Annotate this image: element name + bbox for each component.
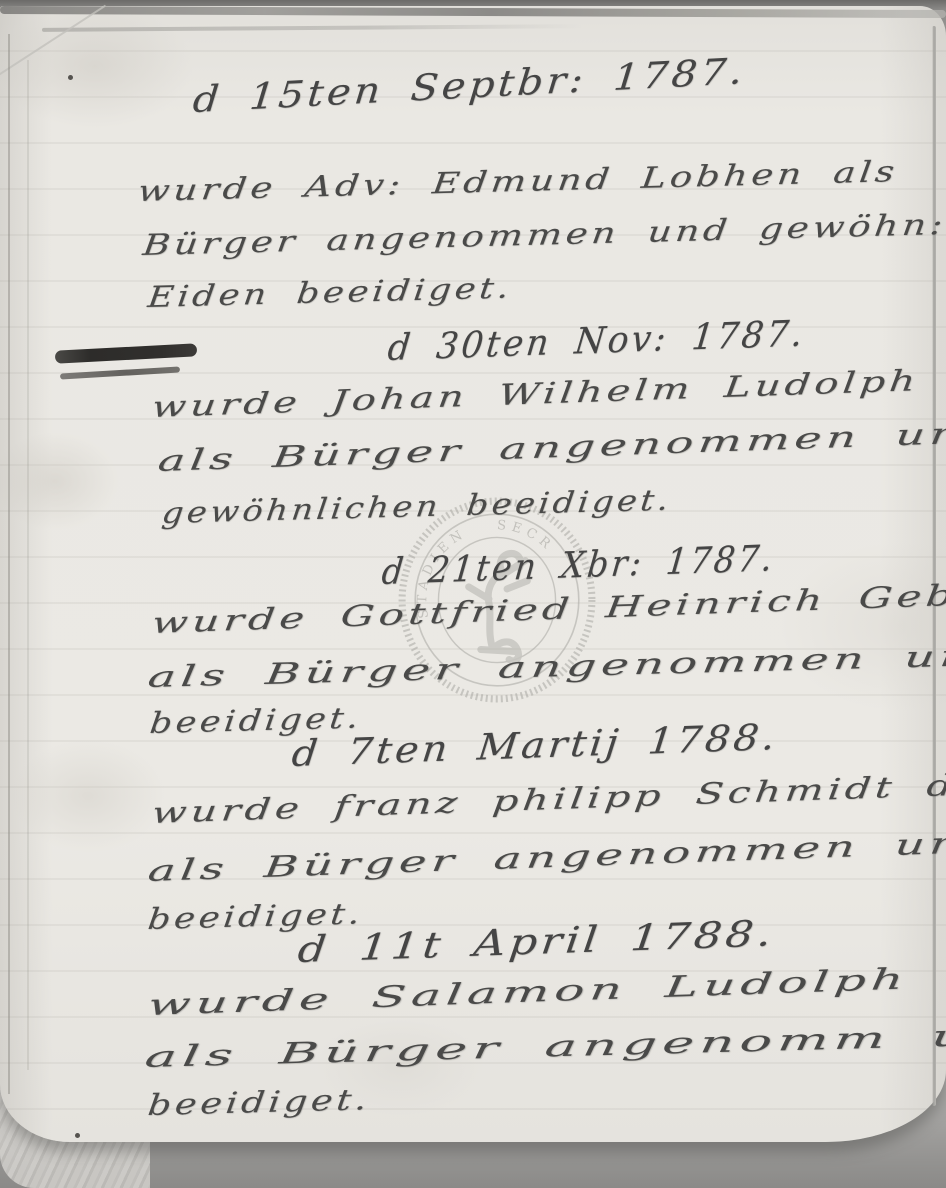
scanned-manuscript-page: SECR STADIEN d 15ten Septbr: 1787. wurde… [0,0,946,1188]
right-page-edge [932,26,936,1106]
ink-speck [68,75,73,80]
entry-5-line-3: beeidiget. [146,1082,372,1122]
left-fold-line-2 [27,60,29,1070]
left-fold-line [8,34,10,1094]
ink-speck [75,1133,80,1138]
